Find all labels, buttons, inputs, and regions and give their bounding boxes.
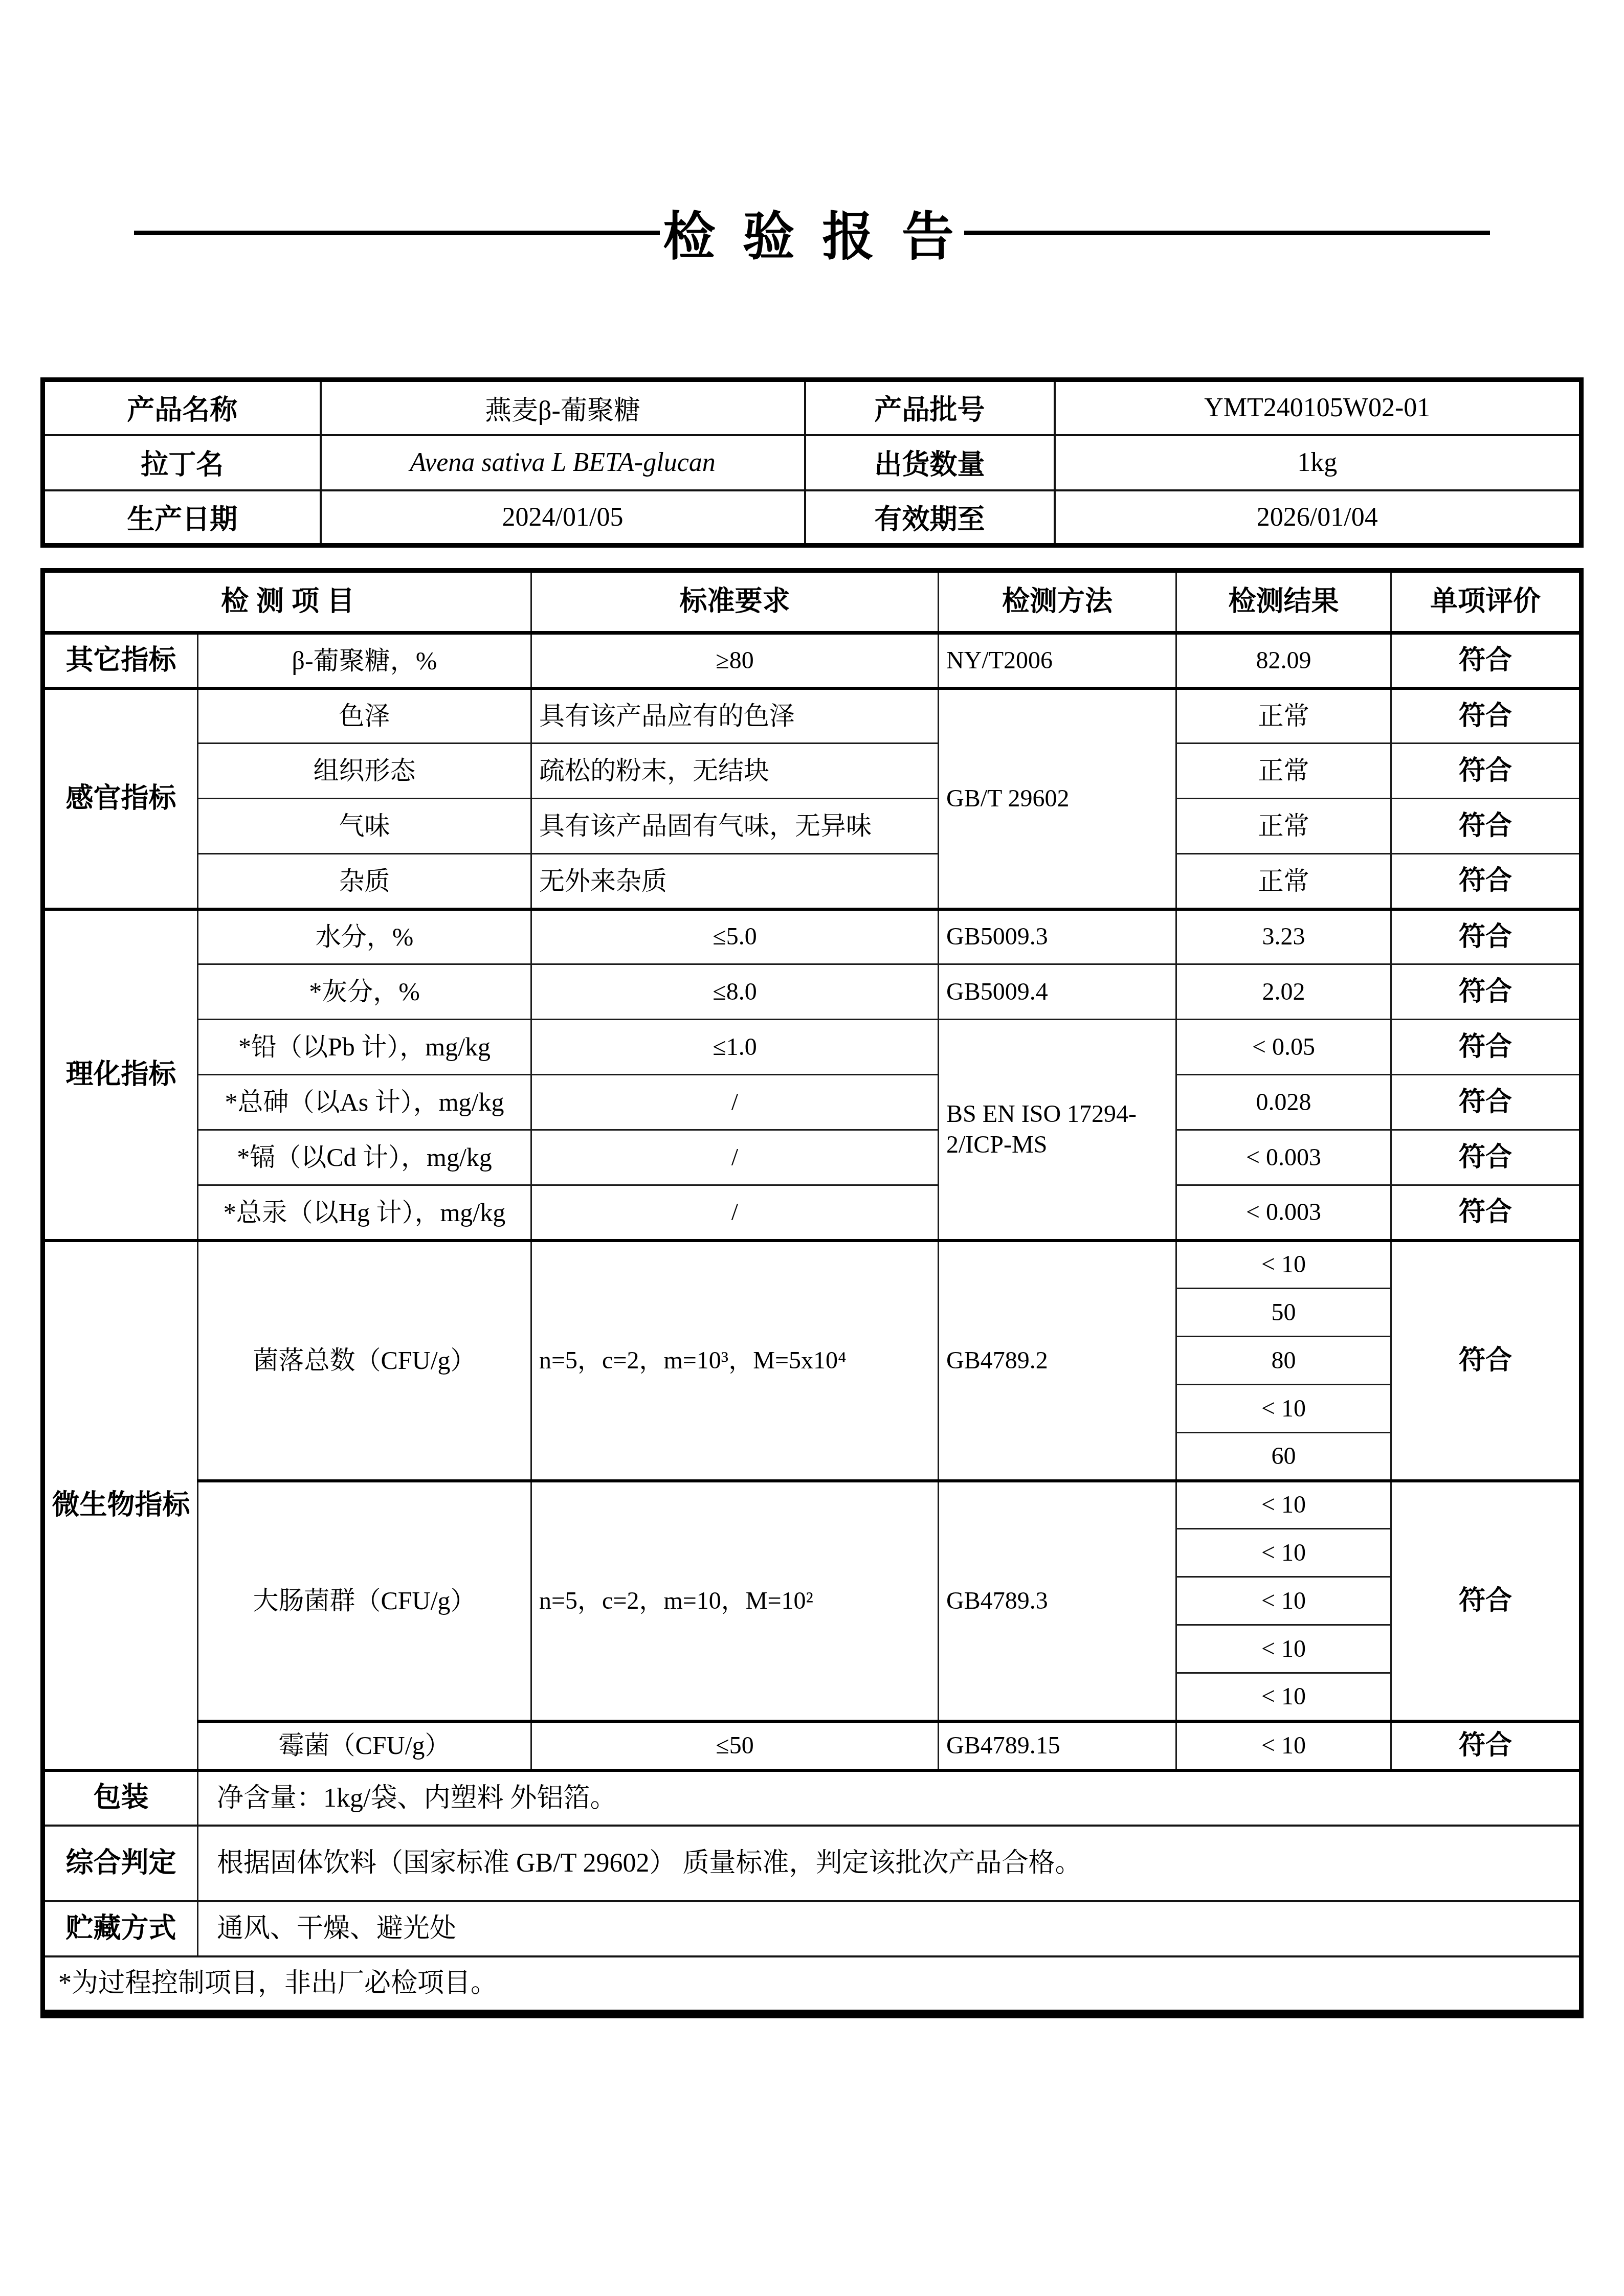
cell-evaluation: 符合 <box>1391 799 1582 854</box>
cell-method-metals: BS EN ISO 17294-2/ICP-MS <box>939 1020 1176 1241</box>
table-row: *镉（以Cd 计），mg/kg / < 0.003 符合 <box>42 1130 1581 1185</box>
cell-result: 2.02 <box>1176 964 1391 1020</box>
cell-item: β-葡聚糖，% <box>197 633 531 688</box>
cell-standard: ≤8.0 <box>531 964 939 1020</box>
cell-result: < 10 <box>1176 1481 1391 1529</box>
cell-standard: 具有该产品固有气味，无异味 <box>531 799 939 854</box>
table-row: *总砷（以As 计），mg/kg / 0.028 符合 <box>42 1075 1581 1130</box>
cell-result: 正常 <box>1176 854 1391 909</box>
latin-name-value: Avena sativa L BETA-glucan <box>321 435 805 490</box>
cell-result: < 0.003 <box>1176 1185 1391 1241</box>
batch-no-value: YMT240105W02-01 <box>1055 380 1582 435</box>
cell-result: < 0.05 <box>1176 1020 1391 1075</box>
cell-item: *镉（以Cd 计），mg/kg <box>197 1130 531 1185</box>
cell-result: 正常 <box>1176 799 1391 854</box>
cell-result: < 10 <box>1176 1673 1391 1721</box>
cell-result: < 10 <box>1176 1625 1391 1673</box>
table-row: 其它指标 β-葡聚糖，% ≥80 NY/T2006 82.09 符合 <box>42 633 1581 688</box>
cell-result: < 0.003 <box>1176 1130 1391 1185</box>
cell-method: NY/T2006 <box>939 633 1176 688</box>
table-row: *为过程控制项目，非出厂必检项目。 <box>42 1956 1581 2014</box>
overall-judgement-value: 根据固体饮料（国家标准 GB/T 29602） 质量标准，判定该批次产品合格。 <box>197 1826 1581 1901</box>
table-row: 气味 具有该产品固有气味，无异味 正常 符合 <box>42 799 1581 854</box>
info-row: 生产日期 2024/01/05 有效期至 2026/01/04 <box>43 490 1582 546</box>
table-row: 理化指标 水分，% ≤5.0 GB5009.3 3.23 符合 <box>42 909 1581 964</box>
category-micro: 微生物指标 <box>42 1241 197 1770</box>
table-row: 综合判定 根据固体饮料（国家标准 GB/T 29602） 质量标准，判定该批次产… <box>42 1826 1581 1901</box>
cell-standard: / <box>531 1075 939 1130</box>
batch-no-label: 产品批号 <box>805 380 1055 435</box>
cell-result: 50 <box>1176 1289 1391 1337</box>
table-row: 包装 净含量：1kg/袋、内塑料 外铝箔。 <box>42 1770 1581 1826</box>
cell-result: 正常 <box>1176 688 1391 744</box>
cell-standard: ≤1.0 <box>531 1020 939 1075</box>
cell-evaluation: 符合 <box>1391 1481 1582 1721</box>
category-physchem: 理化指标 <box>42 909 197 1241</box>
cell-item: 霉菌（CFU/g） <box>197 1721 531 1770</box>
cell-item: 色泽 <box>197 688 531 744</box>
header-result: 检测结果 <box>1176 571 1391 633</box>
cell-method: GB5009.3 <box>939 909 1176 964</box>
category-other: 其它指标 <box>42 633 197 688</box>
table-header-row: 检 测 项 目 标准要求 检测方法 检测结果 单项评价 <box>42 571 1581 633</box>
storage-label: 贮藏方式 <box>42 1901 197 1956</box>
info-row: 产品名称 燕麦β-葡聚糖 产品批号 YMT240105W02-01 <box>43 380 1582 435</box>
cell-result: 82.09 <box>1176 633 1391 688</box>
cell-result: < 10 <box>1176 1721 1391 1770</box>
table-row: 大肠菌群（CFU/g） n=5，c=2，m=10，M=10² GB4789.3 … <box>42 1481 1581 1529</box>
footnote: *为过程控制项目，非出厂必检项目。 <box>42 1956 1581 2014</box>
cell-standard: 具有该产品应有的色泽 <box>531 688 939 744</box>
prod-date-label: 生产日期 <box>43 490 321 546</box>
inspection-report-page: 检 验 报 告 产品名称 燕麦β-葡聚糖 产品批号 YMT240105W02-0… <box>0 0 1624 2296</box>
cell-method: GB4789.15 <box>939 1721 1176 1770</box>
table-row: *总汞（以Hg 计），mg/kg / < 0.003 符合 <box>42 1185 1581 1241</box>
cell-item: *铅（以Pb 计），mg/kg <box>197 1020 531 1075</box>
ship-qty-value: 1kg <box>1055 435 1582 490</box>
cell-result: < 10 <box>1176 1529 1391 1577</box>
prod-date-value: 2024/01/05 <box>321 490 805 546</box>
product-name-label: 产品名称 <box>43 380 321 435</box>
cell-item: 大肠菌群（CFU/g） <box>197 1481 531 1721</box>
title-rule-right <box>964 231 1490 235</box>
expiry-date-value: 2026/01/04 <box>1055 490 1582 546</box>
cell-result: 正常 <box>1176 744 1391 799</box>
storage-value: 通风、干燥、避光处 <box>197 1901 1581 1956</box>
cell-item: 水分，% <box>197 909 531 964</box>
table-row: 组织形态 疏松的粉末，无结块 正常 符合 <box>42 744 1581 799</box>
cell-item: 菌落总数（CFU/g） <box>197 1241 531 1481</box>
latin-name-label: 拉丁名 <box>43 435 321 490</box>
cell-method: GB/T 29602 <box>939 688 1176 909</box>
cell-standard: ≤5.0 <box>531 909 939 964</box>
report-title-row: 检 验 报 告 <box>0 0 1624 270</box>
header-standard: 标准要求 <box>531 571 939 633</box>
category-sensory: 感官指标 <box>42 688 197 909</box>
table-row: 杂质 无外来杂质 正常 符合 <box>42 854 1581 909</box>
cell-result: 3.23 <box>1176 909 1391 964</box>
cell-evaluation: 符合 <box>1391 909 1582 964</box>
cell-standard: / <box>531 1185 939 1241</box>
table-row: 霉菌（CFU/g） ≤50 GB4789.15 < 10 符合 <box>42 1721 1581 1770</box>
cell-item: *灰分，% <box>197 964 531 1020</box>
cell-evaluation: 符合 <box>1391 633 1582 688</box>
cell-standard: 无外来杂质 <box>531 854 939 909</box>
cell-evaluation: 符合 <box>1391 1075 1582 1130</box>
cell-item: 气味 <box>197 799 531 854</box>
cell-evaluation: 符合 <box>1391 854 1582 909</box>
expiry-date-label: 有效期至 <box>805 490 1055 546</box>
table-row: 贮藏方式 通风、干燥、避光处 <box>42 1901 1581 1956</box>
cell-evaluation: 符合 <box>1391 744 1582 799</box>
title-rule-left <box>134 231 660 235</box>
cell-standard: n=5，c=2，m=10³，M=5x10⁴ <box>531 1241 939 1481</box>
cell-result: < 10 <box>1176 1241 1391 1289</box>
cell-evaluation: 符合 <box>1391 688 1582 744</box>
cell-evaluation: 符合 <box>1391 1185 1582 1241</box>
cell-evaluation: 符合 <box>1391 1020 1582 1075</box>
cell-result: 0.028 <box>1176 1075 1391 1130</box>
table-row: *铅（以Pb 计），mg/kg ≤1.0 BS EN ISO 17294-2/I… <box>42 1020 1581 1075</box>
product-info-table: 产品名称 燕麦β-葡聚糖 产品批号 YMT240105W02-01 拉丁名 Av… <box>40 377 1584 548</box>
info-row: 拉丁名 Avena sativa L BETA-glucan 出货数量 1kg <box>43 435 1582 490</box>
overall-judgement-label: 综合判定 <box>42 1826 197 1901</box>
cell-evaluation: 符合 <box>1391 1721 1582 1770</box>
cell-standard: 疏松的粉末，无结块 <box>531 744 939 799</box>
cell-evaluation: 符合 <box>1391 1241 1582 1481</box>
table-row: *灰分，% ≤8.0 GB5009.4 2.02 符合 <box>42 964 1581 1020</box>
table-row: 感官指标 色泽 具有该产品应有的色泽 GB/T 29602 正常 符合 <box>42 688 1581 744</box>
cell-item: *总砷（以As 计），mg/kg <box>197 1075 531 1130</box>
product-name-value: 燕麦β-葡聚糖 <box>321 380 805 435</box>
cell-item: 杂质 <box>197 854 531 909</box>
test-results-table: 检 测 项 目 标准要求 检测方法 检测结果 单项评价 其它指标 β-葡聚糖，%… <box>40 568 1584 2018</box>
cell-result: 80 <box>1176 1337 1391 1385</box>
cell-standard: ≤50 <box>531 1721 939 1770</box>
packaging-label: 包装 <box>42 1770 197 1826</box>
ship-qty-label: 出货数量 <box>805 435 1055 490</box>
header-test-item: 检 测 项 目 <box>42 571 531 633</box>
page-title: 检 验 报 告 <box>663 195 961 270</box>
cell-method: GB5009.4 <box>939 964 1176 1020</box>
cell-item: *总汞（以Hg 计），mg/kg <box>197 1185 531 1241</box>
cell-standard: ≥80 <box>531 633 939 688</box>
cell-result: < 10 <box>1176 1577 1391 1625</box>
cell-result: 60 <box>1176 1433 1391 1481</box>
cell-method: GB4789.3 <box>939 1481 1176 1721</box>
cell-method: GB4789.2 <box>939 1241 1176 1481</box>
cell-item: 组织形态 <box>197 744 531 799</box>
table-row: 微生物指标 菌落总数（CFU/g） n=5，c=2，m=10³，M=5x10⁴ … <box>42 1241 1581 1289</box>
cell-evaluation: 符合 <box>1391 1130 1582 1185</box>
cell-evaluation: 符合 <box>1391 964 1582 1020</box>
cell-standard: / <box>531 1130 939 1185</box>
packaging-value: 净含量：1kg/袋、内塑料 外铝箔。 <box>197 1770 1581 1826</box>
cell-standard: n=5，c=2，m=10，M=10² <box>531 1481 939 1721</box>
header-evaluation: 单项评价 <box>1391 571 1582 633</box>
cell-result: < 10 <box>1176 1385 1391 1433</box>
header-method: 检测方法 <box>939 571 1176 633</box>
